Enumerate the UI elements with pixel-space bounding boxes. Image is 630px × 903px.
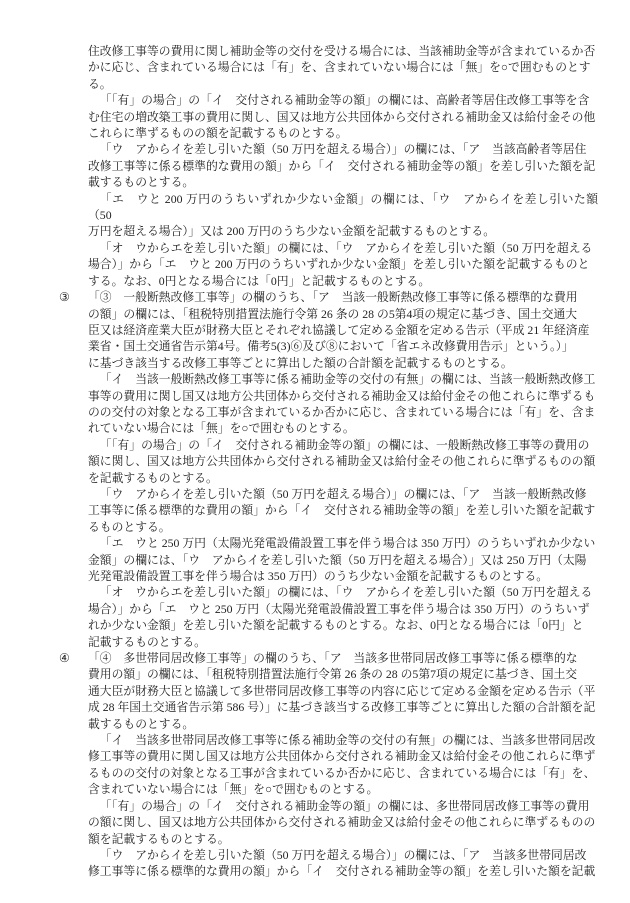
item-number-marker: ④: [59, 650, 70, 666]
paragraph: 「「有」の場合」の「イ 交付される補助金等の額」の欄には、高齢者等居住改修工事等…: [88, 92, 598, 141]
paragraph: 「エ ウと 200 万円のうちいずれか少ない金額」の欄には、「ウ アからイを差し…: [88, 191, 598, 240]
paragraph-text: 「オ ウからエを差し引いた額」の欄には、「ウ アからイを差し引いた額（50 万円…: [88, 585, 592, 648]
paragraph: 「エ ウと 250 万円（太陽光発電設備設置工事を伴う場合は 350 万円）のう…: [88, 535, 598, 584]
paragraph: 「ウ アからイを差し引いた額（50 万円を超える場合）」の欄には、「ア 当該多世…: [88, 847, 598, 880]
paragraph: 「オ ウからエを差し引いた額」の欄には、「ウ アからイを差し引いた額（50 万円…: [88, 240, 598, 289]
document-page: 住改修工事等の費用に関し補助金等の交付を受ける場合には、当該補助金等が含まれてい…: [0, 0, 630, 903]
paragraph-text: 「「有」の場合」の「イ 交付される補助金等の額」の欄には、多世帯同居改修工事等の…: [88, 799, 595, 846]
item-number-marker: ③: [59, 289, 70, 305]
paragraph-text: 「エ ウと 200 万円のうちいずれか少ない金額」の欄には、「ウ アからイを差し…: [88, 192, 598, 239]
numbered-item: ③「③ 一般断熱改修工事等」の欄のうち、「ア 当該一般断熱改修工事等に係る標準的…: [88, 289, 598, 371]
paragraph-text: 「「有」の場合」の「イ 交付される補助金等の額」の欄には、一般断熱改修工事等の費…: [88, 438, 595, 485]
paragraph-text: 「ウ アからイを差し引いた額（50 万円を超える場合）」の欄には、「ア 当該一般…: [88, 487, 595, 534]
paragraph-text: 「③ 一般断熱改修工事等」の欄のうち、「ア 当該一般断熱改修工事等に係る標準的な…: [88, 290, 589, 370]
paragraph: 「「有」の場合」の「イ 交付される補助金等の額」の欄には、多世帯同居改修工事等の…: [88, 798, 598, 847]
document-body: 住改修工事等の費用に関し補助金等の交付を受ける場合には、当該補助金等が含まれてい…: [88, 43, 598, 880]
paragraph: 「ウ アからイを差し引いた額（50 万円を超える場合）」の欄には、「ア 当該一般…: [88, 486, 598, 535]
paragraph-text: 「ウ アからイを差し引いた額（50 万円を超える場合）」の欄には、「ア 当該多世…: [88, 848, 595, 878]
paragraph: 住改修工事等の費用に関し補助金等の交付を受ける場合には、当該補助金等が含まれてい…: [88, 43, 598, 92]
paragraph: 「イ 当該多世帯同居改修工事等に係る補助金等の交付の有無」の欄には、当該多世帯同…: [88, 732, 598, 798]
paragraph-text: 「イ 当該多世帯同居改修工事等に係る補助金等の交付の有無」の欄には、当該多世帯同…: [88, 733, 595, 796]
paragraph-text: 「エ ウと 250 万円（太陽光発電設備設置工事を伴う場合は 350 万円）のう…: [88, 536, 595, 583]
paragraph-text: 住改修工事等の費用に関し補助金等の交付を受ける場合には、当該補助金等が含まれてい…: [88, 44, 595, 91]
paragraph: 「ウ アからイを差し引いた額（50 万円を超える場合）」の欄には、「ア 当該高齢…: [88, 141, 598, 190]
paragraph-text: 「「有」の場合」の「イ 交付される補助金等の額」の欄には、高齢者等居住改修工事等…: [88, 93, 595, 140]
paragraph-text: 「イ 当該一般断熱改修工事等に係る補助金等の交付の有無」の欄には、当該一般断熱改…: [88, 372, 595, 435]
paragraph-text: 「④ 多世帯同居改修工事等」の欄のうち、「ア 当該多世帯同居改修工事等に係る標準…: [88, 651, 595, 731]
paragraph-text: 「ウ アからイを差し引いた額（50 万円を超える場合）」の欄には、「ア 当該高齢…: [88, 142, 595, 189]
paragraph: 「オ ウからエを差し引いた額」の欄には、「ウ アからイを差し引いた額（50 万円…: [88, 584, 598, 650]
numbered-item: ④「④ 多世帯同居改修工事等」の欄のうち、「ア 当該多世帯同居改修工事等に係る標…: [88, 650, 598, 732]
paragraph-text: 「オ ウからエを差し引いた額」の欄には、「ウ アからイを差し引いた額（50 万円…: [88, 241, 592, 288]
paragraph: 「イ 当該一般断熱改修工事等に係る補助金等の交付の有無」の欄には、当該一般断熱改…: [88, 371, 598, 437]
paragraph: 「「有」の場合」の「イ 交付される補助金等の額」の欄には、一般断熱改修工事等の費…: [88, 437, 598, 486]
